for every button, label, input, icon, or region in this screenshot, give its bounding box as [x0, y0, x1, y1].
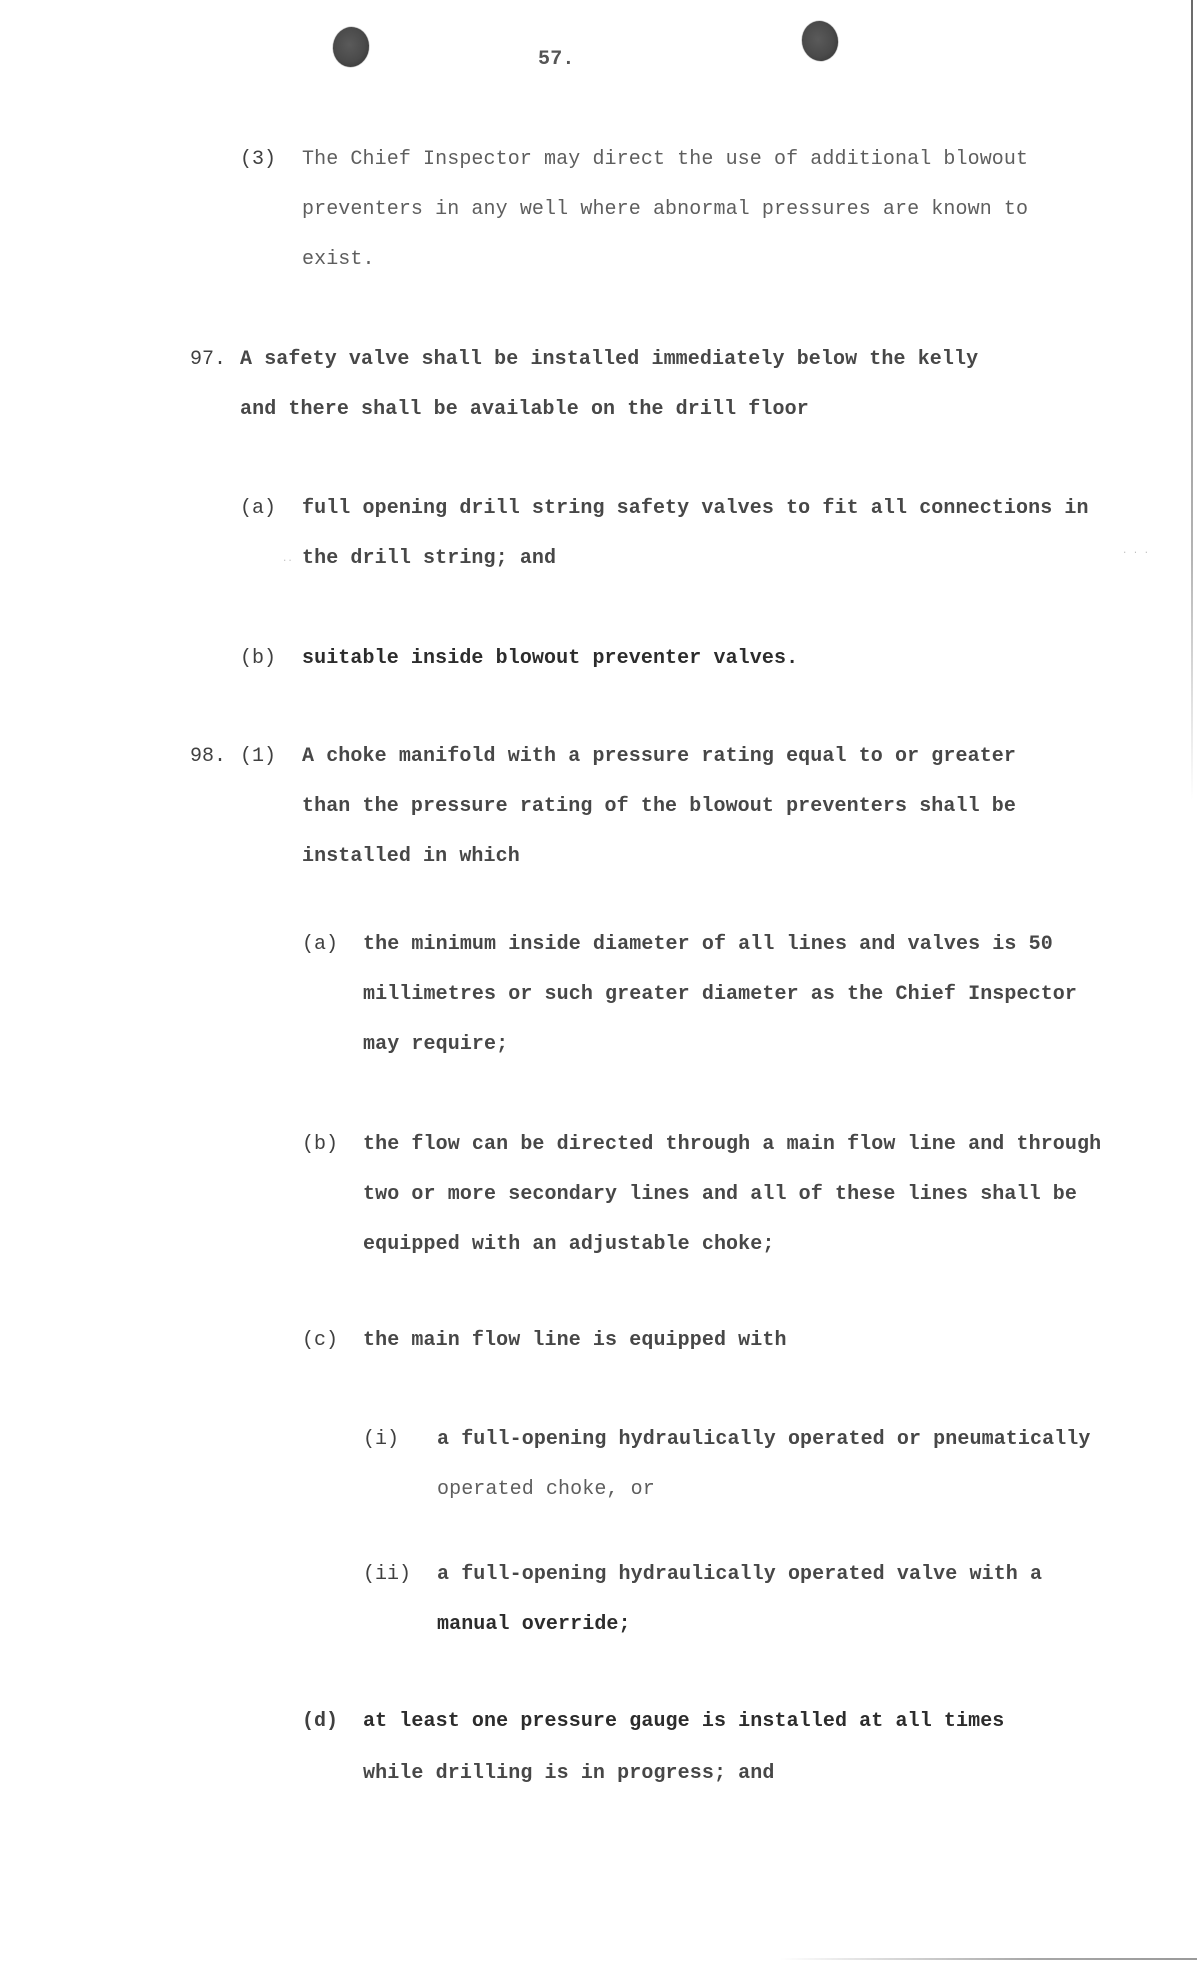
- section-98-line-2: than the pressure rating of the blowout …: [302, 795, 1016, 819]
- section-98-item-c-sub-i-label: (i): [363, 1428, 399, 1452]
- section-98-item-b-line-2: two or more secondary lines and all of t…: [363, 1183, 1077, 1207]
- section-98-line-1: A choke manifold with a pressure rating …: [302, 745, 1016, 769]
- section-98-item-c-label: (c): [302, 1329, 338, 1353]
- section-97-item-b-label: (b): [240, 647, 276, 671]
- document-page: 57. (3) The Chief Inspector may direct t…: [0, 0, 1197, 1964]
- section-97-item-b-line-1: suitable inside blowout preventer valves…: [302, 647, 798, 671]
- section-98-item-a-line-3: may require;: [363, 1033, 508, 1057]
- scan-speck: ··: [282, 556, 293, 566]
- section-97-line-2: and there shall be available on the dril…: [240, 398, 809, 422]
- section-98-label: 98.: [190, 745, 226, 769]
- section-98-sublabel: (1): [240, 745, 276, 769]
- punch-hole-right-icon: [799, 18, 841, 64]
- section-98-line-3: installed in which: [302, 845, 520, 869]
- section-98-item-d-label: (d): [302, 1710, 338, 1734]
- section-3-label: (3): [240, 148, 276, 172]
- section-98-item-c-sub-i-line-1: a full-opening hydraulically operated or…: [437, 1428, 1091, 1452]
- section-98-item-c-sub-ii-line-2: manual override;: [437, 1613, 631, 1637]
- page-edge-bottom: [780, 1958, 1197, 1960]
- section-98-item-d-line-2: while drilling is in progress; and: [363, 1762, 774, 1786]
- section-98-item-b-label: (b): [302, 1133, 338, 1157]
- section-98-item-a-label: (a): [302, 933, 338, 957]
- punch-hole-left-icon: [330, 25, 371, 70]
- section-98-item-c-sub-ii-label: (ii): [363, 1563, 411, 1587]
- section-98-item-b-line-1: the flow can be directed through a main …: [363, 1133, 1101, 1157]
- page-number: 57.: [538, 48, 575, 71]
- section-98-item-d-line-1: at least one pressure gauge is installed…: [363, 1710, 1004, 1734]
- section-98-item-b-line-3: equipped with an adjustable choke;: [363, 1233, 774, 1257]
- section-97-line-1: A safety valve shall be installed immedi…: [240, 348, 978, 372]
- section-3-line-1: The Chief Inspector may direct the use o…: [302, 148, 1028, 172]
- section-98-item-c-sub-ii-line-1: a full-opening hydraulically operated va…: [437, 1563, 1042, 1587]
- section-3-line-2: preventers in any well where abnormal pr…: [302, 198, 1028, 222]
- section-98-item-a-line-1: the minimum inside diameter of all lines…: [363, 933, 1053, 957]
- section-97-item-a-line-1: full opening drill string safety valves …: [302, 497, 1089, 521]
- section-98-item-c-sub-i-line-2: operated choke, or: [437, 1478, 655, 1502]
- scan-speck: · · ·: [1122, 548, 1149, 558]
- section-98-item-a-line-2: millimetres or such greater diameter as …: [363, 983, 1077, 1007]
- section-97-item-a-label: (a): [240, 497, 276, 521]
- section-97-item-a-line-2: the drill string; and: [302, 547, 556, 571]
- section-3-line-3: exist.: [302, 248, 375, 272]
- section-97-label: 97.: [190, 348, 226, 372]
- page-edge-right: [1191, 0, 1193, 800]
- section-98-item-c-line-1: the main flow line is equipped with: [363, 1329, 787, 1353]
